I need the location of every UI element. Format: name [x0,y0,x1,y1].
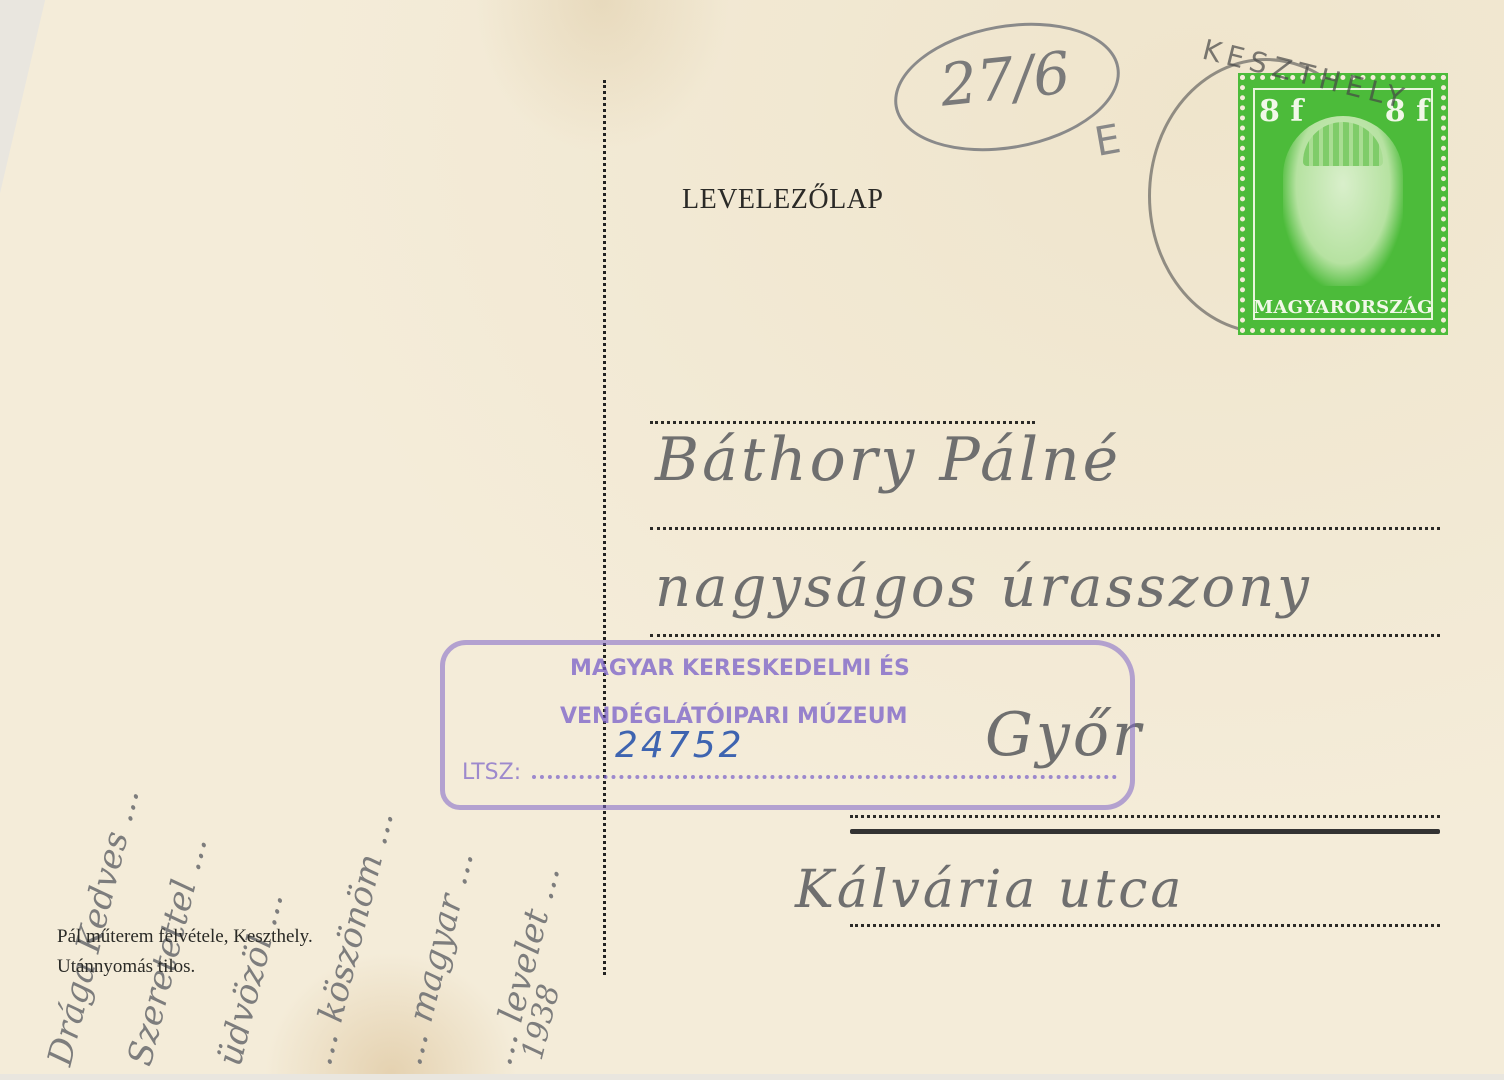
pencil-number: 27/6 [937,38,1074,119]
reprint-notice: Utánnyomás tilos. [57,956,195,978]
address-name: Báthory Pálné [655,425,1121,495]
crown-icon [1303,122,1383,166]
address-title: nagyságos úrasszony [655,555,1312,620]
museum-stamp-line1: MAGYAR KERESKEDELMI ÉS [570,656,910,681]
photo-credit: Pál műterem felvétele, Keszthely. [57,926,313,948]
inventory-number: 24752 [615,725,745,766]
address-line [850,924,1440,927]
king-portrait-icon [1283,116,1403,286]
address-street: Kálvária utca [795,860,1184,920]
museum-stamp-ltsz-label: LTSZ: [462,760,521,785]
center-divider [603,80,606,975]
postage-stamp: 8 f 8 f MAGYARORSZÁG [1240,75,1446,333]
stamp-country: MAGYARORSZÁG [1245,297,1441,318]
address-line [650,634,1440,637]
address-line [650,527,1440,530]
stamp-denomination: 8 f [1259,94,1303,129]
address-line [850,815,1440,818]
museum-stamp-dotline [532,775,1117,779]
page-title: LEVELEZŐLAP [682,184,883,216]
address-underline [850,829,1440,834]
address-line [650,421,1035,424]
